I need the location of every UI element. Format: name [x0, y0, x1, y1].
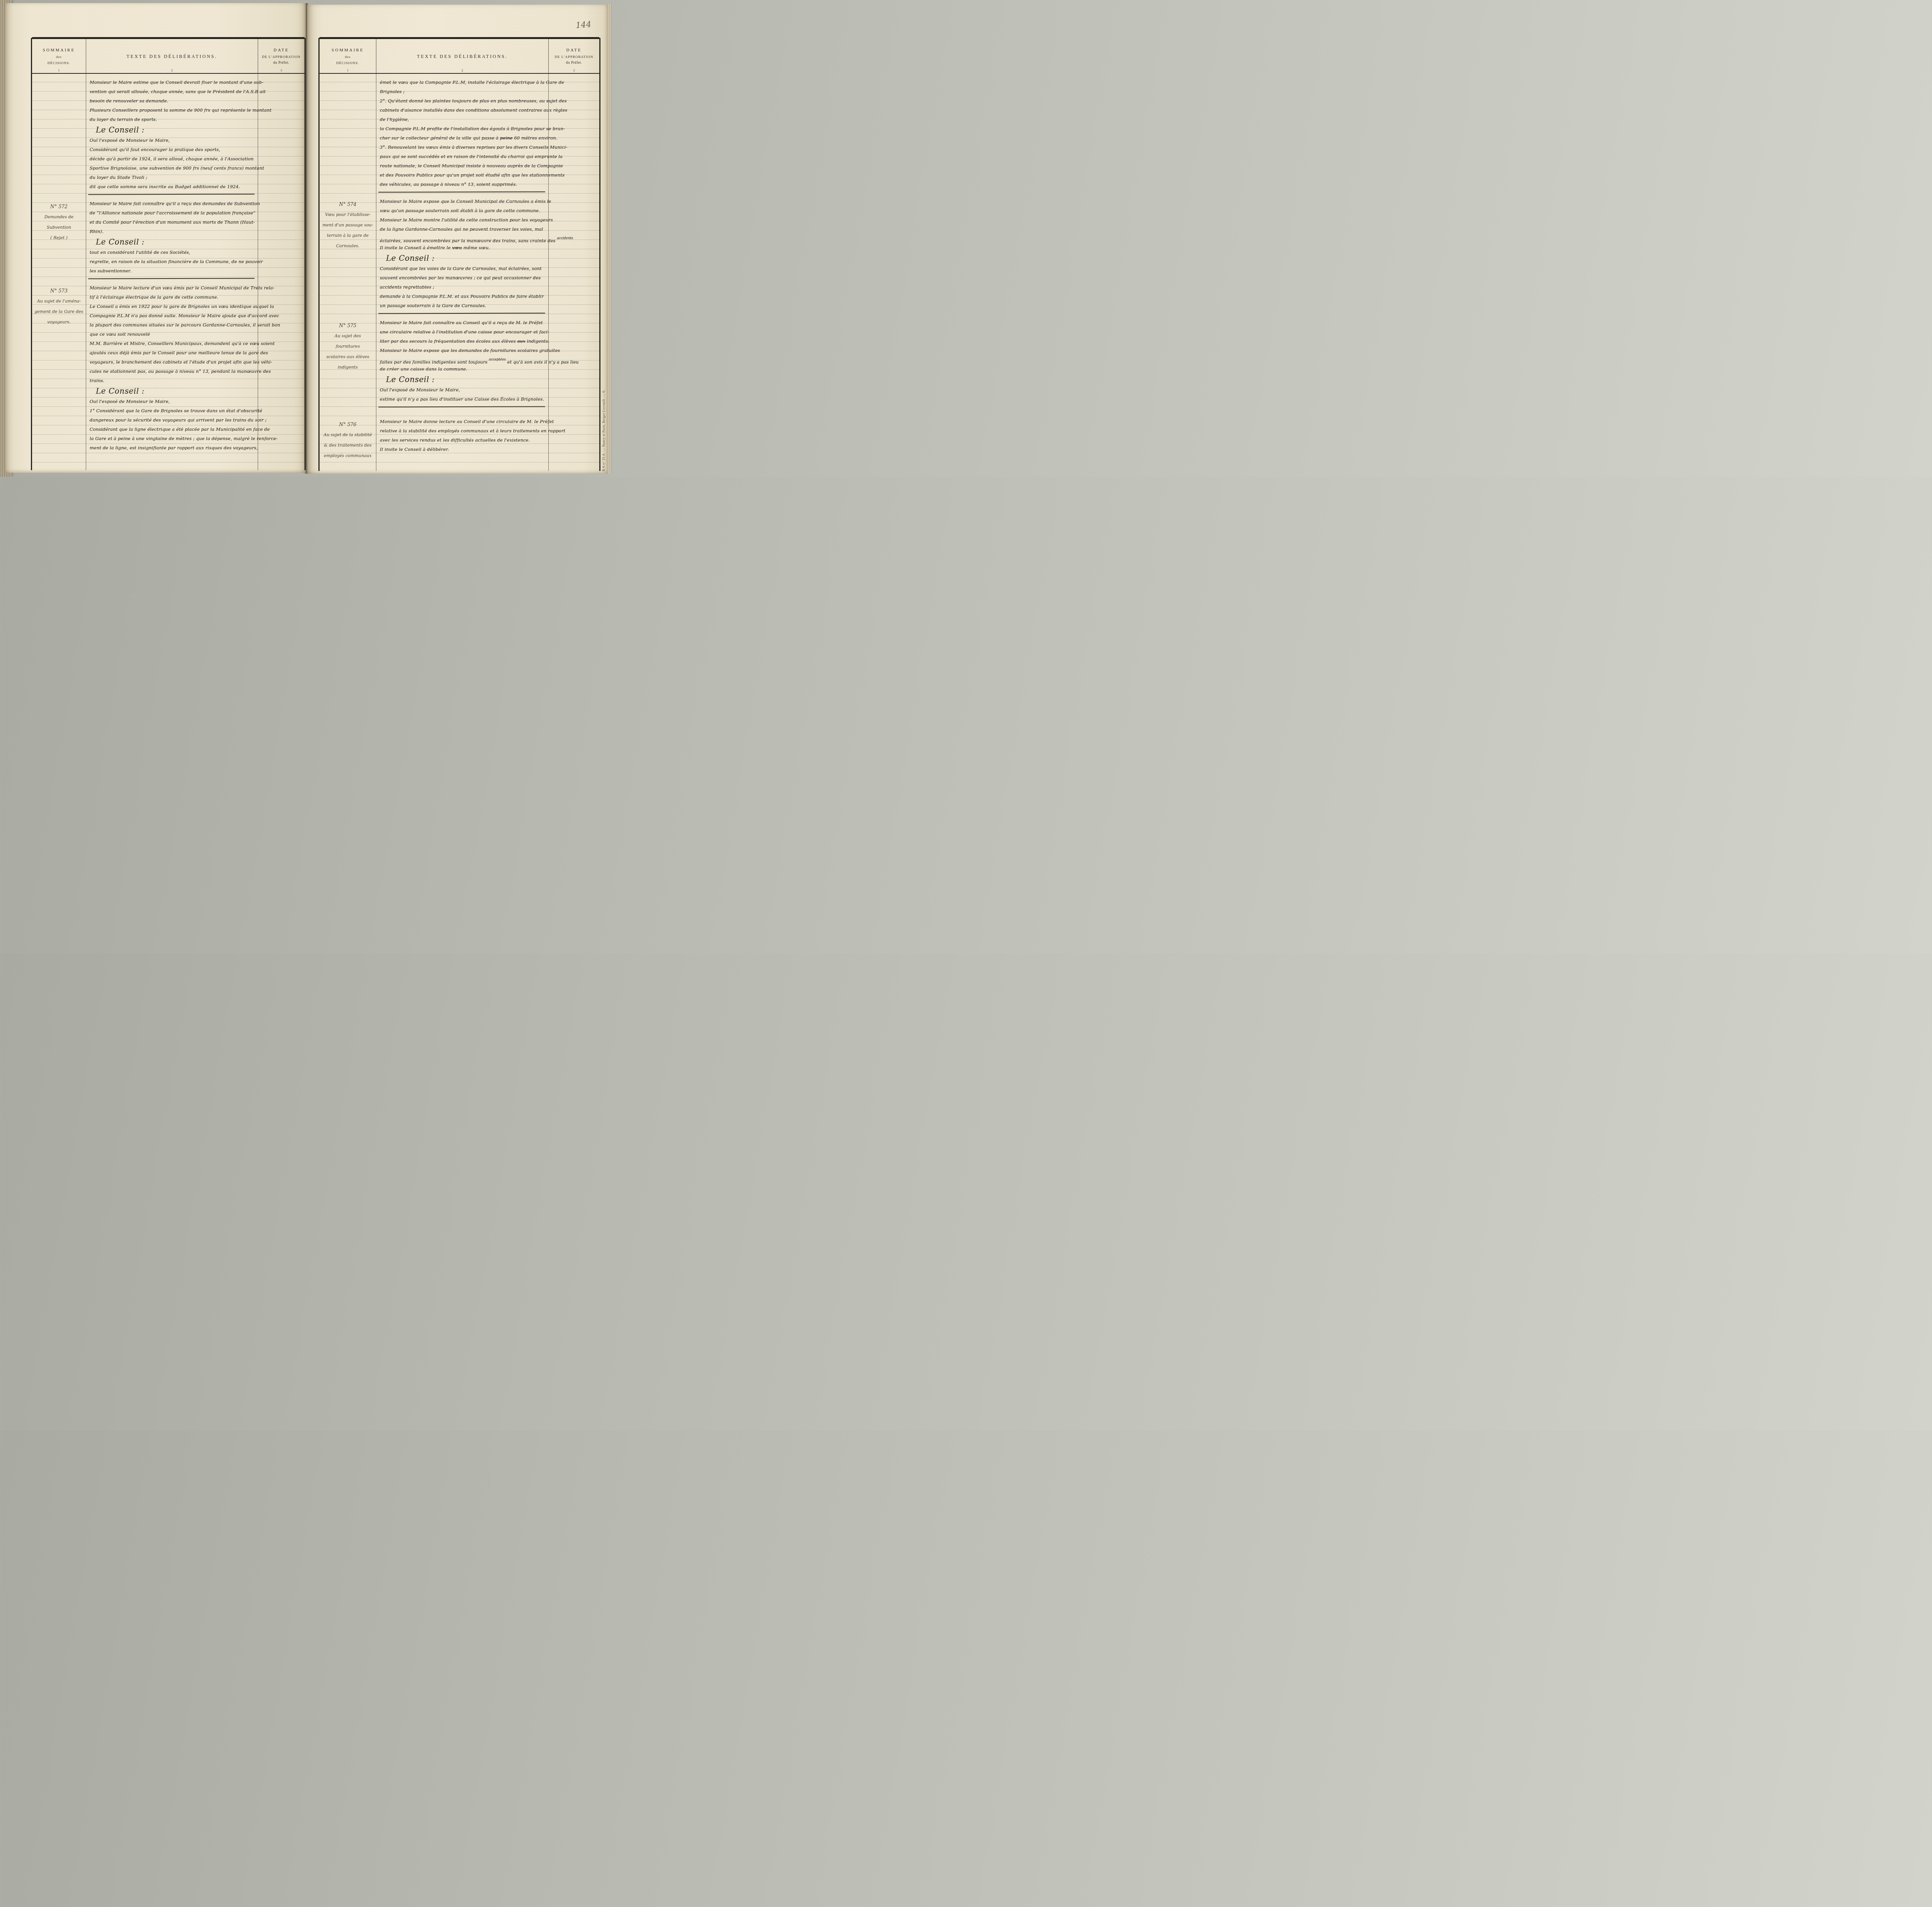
handwritten-line: Monsieur le Maire estime que le Conseil …: [90, 78, 258, 87]
handwritten-line: de “l'Alliance nationale pour l'accroiss…: [90, 208, 258, 218]
handwritten-line: Monsieur le Maire montre l'utilité de ce…: [380, 215, 548, 224]
entry-deliberation-text: émet le vœu que la Compagnie P.L.M, inst…: [376, 78, 548, 189]
right-table-body: émet le vœu que la Compagnie P.L.M, inst…: [320, 73, 599, 471]
handwritten-line: dangereux pour la sécurité des voyageurs…: [90, 415, 258, 425]
header-date-cell: DATE DE L’APPROBATION du Préfet. 3: [548, 39, 599, 73]
header-texte: TEXTE DES DÉLIBÉRATIONS.: [127, 54, 218, 59]
handwritten-line: les subventionner.: [90, 266, 258, 275]
handwritten-line: souvent encombrées par les manœuvres ; c…: [380, 273, 548, 282]
header-approbation: DE L’APPROBATION: [262, 55, 301, 59]
margin-line: terrain à la gare de: [322, 230, 374, 241]
handwritten-line: Le Conseil a émis en 1922 pour la gare d…: [90, 302, 258, 311]
margin-line: Subvention: [34, 222, 83, 233]
header-texte-cell: TEXTE DES DÉLIBÉRATIONS. 2: [376, 39, 548, 73]
ink-rule: [378, 313, 545, 314]
entry-deliberation-text: Monsieur le Maire lecture d'un vœu émis …: [86, 283, 258, 452]
le-conseil-heading: Le Conseil :: [90, 236, 258, 248]
handwritten-line: cabinets d'aisance installés dans des co…: [380, 105, 548, 115]
margin-line: indigents: [322, 362, 374, 372]
ledger-entry: N° 574Vœu pour l'établisse-ment d'un pas…: [320, 197, 599, 310]
header-sommaire-cell: SOMMAIRE des DÉCISIONS. 1: [32, 39, 86, 73]
header-date-cell: DATE DE L’APPROBATION du Préfet. 3: [258, 39, 304, 73]
handwritten-line: éclairées, souvent encombrées par la man…: [380, 234, 548, 243]
margin-line: Carnoules.: [322, 241, 374, 251]
right-table-header: SOMMAIRE des DÉCISIONS. 1 TEXTE DES DÉLI…: [320, 39, 599, 74]
handwritten-line: Monsieur le Maire expose que les demande…: [380, 346, 548, 355]
handwritten-line: Il invite le Conseil à émettre le vœu mê…: [380, 243, 548, 252]
entry-number: N° 572: [34, 201, 83, 212]
handwritten-line: vœu qu'un passage souterrain soit établi…: [380, 206, 548, 215]
le-conseil-heading: Le Conseil :: [90, 385, 258, 397]
text-fragment: éclairées, souvent encombrées par la man…: [380, 238, 557, 243]
text-fragment: indigents.: [526, 338, 550, 344]
handwritten-line: ajoutés ceux déjà émis par le Conseil po…: [90, 348, 258, 357]
handwritten-line: du loyer du terrain de sports.: [90, 115, 258, 124]
handwritten-line: et du Comité pour l'érection d'un monume…: [90, 218, 258, 227]
handwritten-line: ment de la ligne, est insignifiante par …: [90, 443, 258, 452]
header-decisions: DÉCISIONS.: [48, 61, 70, 65]
entry-separator: [32, 275, 304, 282]
handwritten-line: Monsieur le Maire expose que le Conseil …: [380, 197, 548, 206]
handwritten-line: tif à l'éclairage électrique de la gare …: [90, 292, 258, 302]
margin-line: Au sujet de la stabilité: [322, 430, 374, 440]
entry-margin-note: [32, 78, 86, 191]
handwritten-line: un passage souterrain à la Gare de Carno…: [380, 301, 548, 310]
struck-word: vœu: [452, 245, 462, 250]
margin-line: voyageurs.: [34, 317, 83, 327]
handwritten-line: Monsieur le Maire lecture d'un vœu émis …: [90, 283, 258, 292]
handwritten-line: voyageurs, le branchement des cabinets e…: [90, 357, 258, 367]
handwritten-line: Ouï l'exposé de Monsieur le Maire,: [90, 136, 258, 145]
header-date: DATE: [566, 48, 582, 53]
left-table-header: SOMMAIRE des DÉCISIONS. 1 TEXTE DES DÉLI…: [32, 39, 304, 74]
handwritten-line: Monsieur le Maire fait connaître au Cons…: [380, 318, 548, 327]
header-prefet: du Préfet.: [566, 61, 582, 65]
header-col-number: 2: [86, 69, 258, 72]
handwritten-line: demande à la Compagnie P.L.M. et aux Pou…: [380, 292, 548, 301]
approbation-date-cell: [258, 199, 304, 275]
handwritten-line: Considérant qu'il faut encourager la pra…: [90, 145, 258, 154]
approbation-date-cell: [548, 417, 599, 461]
handwritten-line: décide qu'à partir de 1924, il sera allo…: [90, 154, 258, 163]
handwritten-line: du loyer du Stade Tivoli ;: [90, 173, 258, 182]
margin-line: scolaires aux élèves: [322, 352, 374, 362]
le-conseil-heading: Le Conseil :: [380, 252, 548, 264]
left-ledger-table: SOMMAIRE des DÉCISIONS. 1 TEXTE DES DÉLI…: [31, 38, 306, 470]
handwritten-line: émet le vœu que la Compagnie P.L.M, inst…: [380, 78, 548, 87]
entry-number: N° 573: [34, 286, 83, 296]
handwritten-line: et des Pouvoirs Publics pour qu'un proje…: [380, 170, 548, 180]
handwritten-line: accidents regrettables ;: [380, 282, 548, 292]
handwritten-line: avec les services rendus et les difficul…: [380, 435, 548, 445]
ledger-entry: Monsieur le Maire estime que le Conseil …: [32, 78, 304, 191]
handwritten-line: 2°. Qu'étant donné les plaintes toujours…: [380, 96, 548, 105]
header-date: DATE: [274, 48, 289, 53]
ledger-entry: N° 573Au sujet de l'aména-gement de la G…: [32, 283, 304, 452]
header-col-number: 2: [376, 69, 548, 72]
header-prefet: du Préfet.: [273, 61, 289, 65]
right-page: 144 SOMMAIRE des DÉCISIONS. 1 TEXTE DES …: [307, 5, 607, 474]
handwritten-line: dit que cette somme sera inscrite au Bud…: [90, 182, 258, 191]
ledger-entry: N° 572Demandes deSubvention( Rejet )Mons…: [32, 199, 304, 275]
right-ledger-table: SOMMAIRE des DÉCISIONS. 1 TEXTE DES DÉLI…: [318, 38, 600, 471]
approbation-date-cell: [548, 318, 599, 404]
handwritten-line: la plupart des communes situées sur le p…: [90, 320, 258, 330]
approbation-date-cell: [258, 283, 304, 452]
header-sommaire: SOMMAIRE: [43, 48, 75, 53]
le-conseil-heading: Le Conseil :: [380, 374, 548, 385]
handwritten-line: Ouï l'exposé de Monsieur le Maire,: [90, 397, 258, 406]
handwritten-line: de la ligne Gardanne-Carnoules qui ne pe…: [380, 224, 548, 234]
handwritten-line: relative à la stabilité des employés com…: [380, 426, 548, 435]
handwritten-line: Plusieurs Conseillers proposent la somme…: [90, 105, 258, 115]
header-des: des: [345, 55, 351, 59]
entry-separator: [32, 191, 304, 197]
entry-number: N° 575: [322, 320, 374, 331]
margin-line: Au sujet des fournitures: [322, 331, 374, 352]
handwritten-line: des véhicules, au passage à niveau n° 13…: [380, 180, 548, 189]
margin-line: gement de la Gare des: [34, 306, 83, 317]
ink-rule: [378, 191, 545, 192]
ink-rule: [88, 278, 255, 279]
approbation-date-cell: [548, 197, 599, 310]
text-fragment: Il invite le Conseil à émettre le: [380, 245, 452, 250]
margin-line: ( Rejet ): [34, 233, 83, 243]
handwritten-line: paux qui se sont succédés et en raison d…: [380, 152, 548, 161]
handwritten-line: Rhin).: [90, 227, 258, 236]
entry-number: N° 574: [322, 199, 374, 209]
entry-margin-note: N° 574Vœu pour l'établisse-ment d'un pas…: [320, 197, 376, 310]
handwritten-line: Considérant que la ligne électrique a ét…: [90, 425, 258, 434]
entry-margin-note: N° 576Au sujet de la stabilité& des trai…: [320, 417, 376, 461]
left-table-body: Monsieur le Maire estime que le Conseil …: [32, 73, 304, 470]
margin-line: Vœu pour l'établisse-: [322, 209, 374, 220]
handwritten-line: estime qu'il n'y a pas lieu d'instituer …: [380, 394, 548, 404]
handwritten-line: 1° Considérant que la Gare de Brignoles …: [90, 406, 258, 415]
handwritten-line: regrette, en raison de la situation fina…: [90, 257, 258, 266]
header-sommaire-cell: SOMMAIRE des DÉCISIONS. 1: [320, 39, 376, 73]
handwritten-line: tout en considérant l'utilité de ces Soc…: [90, 248, 258, 257]
entry-margin-note: [320, 78, 376, 189]
ledger-entry: N° 575Au sujet des fournituresscolaires …: [320, 318, 599, 404]
header-col-number: 3: [258, 69, 304, 72]
text-fragment: faites par des familles indigentes sont …: [380, 359, 489, 365]
handwritten-line: de créer une caisse dans la commune.: [380, 364, 548, 374]
header-col-number: 1: [320, 69, 376, 72]
handwritten-line: cher sur le collecteur général de la vil…: [380, 133, 548, 143]
text-fragment: liter par des secours la fréquentation d…: [380, 338, 517, 344]
entry-margin-note: N° 573Au sujet de l'aména-gement de la G…: [32, 283, 86, 452]
header-texte: TEXTE DES DÉLIBÉRATIONS.: [417, 54, 508, 59]
printer-imprint: R-8 n° 55 A. — Nancy et Paris, Berger-Le…: [602, 317, 605, 471]
approbation-date-cell: [258, 78, 304, 191]
entry-deliberation-text: Monsieur le Maire estime que le Conseil …: [86, 78, 258, 191]
handwritten-line: Compagnie P.L.M n'a pas donné suite. Mon…: [90, 311, 258, 320]
page-number: 144: [575, 20, 592, 30]
margin-line: & des traitements des: [322, 440, 374, 450]
margin-line: Demandes de: [34, 212, 83, 222]
struck-word: aux: [517, 338, 526, 344]
handwritten-line: Ouï l'exposé de Monsieur le Maire,: [380, 385, 548, 394]
handwritten-line: Brignoles ;: [380, 87, 548, 96]
entry-separator: [320, 310, 599, 316]
superscript-correction: acceptées: [489, 358, 506, 362]
header-col-number: 3: [549, 69, 599, 72]
handwritten-line: Considérant que les voies de la Gare de …: [380, 264, 548, 273]
handwritten-line: route nationale, le Conseil Municipal in…: [380, 161, 548, 170]
handwritten-line: M.M. Barrière et Mistre, Conseillers Mun…: [90, 339, 258, 348]
handwritten-line: vention qui serait allouée, chaque année…: [90, 87, 258, 96]
header-texte-cell: TEXTE DES DÉLIBÉRATIONS. 2: [86, 39, 258, 73]
left-page: SOMMAIRE des DÉCISIONS. 1 TEXTE DES DÉLI…: [5, 3, 306, 473]
handwritten-line: trains.: [90, 376, 258, 385]
entry-separator: [320, 404, 599, 410]
header-approbation: DE L’APPROBATION: [555, 55, 594, 59]
le-conseil-heading: Le Conseil :: [90, 124, 258, 136]
handwritten-line: la Gare et à peine à une vingtaine de mè…: [90, 434, 258, 443]
ledger-entry: émet le vœu que la Compagnie P.L.M, inst…: [320, 78, 599, 189]
handwritten-line: cules ne stationnent pas, au passage à n…: [90, 367, 258, 376]
ledger-entry: N° 576Au sujet de la stabilité& des trai…: [320, 417, 599, 461]
handwritten-line: Il invite le Conseil à délibérer.: [380, 445, 548, 454]
entry-separator: [320, 189, 599, 195]
handwritten-line: Monsieur le Maire donne lecture au Conse…: [380, 417, 548, 426]
handwritten-line: liter par des secours la fréquentation d…: [380, 337, 548, 346]
handwritten-line: Monsieur le Maire fait connaître qu'il a…: [90, 199, 258, 208]
handwritten-line: une circulaire relative à l'institution …: [380, 327, 548, 337]
handwritten-line: besoin de renouveler sa demande.: [90, 96, 258, 105]
book-right-edge: [607, 4, 611, 474]
struck-word: peine: [500, 135, 513, 141]
margin-line: Au sujet de l'aména-: [34, 296, 83, 306]
ink-rule: [378, 406, 545, 407]
text-fragment: même vœu.: [462, 245, 490, 250]
margin-line: ment d'un passage sou-: [322, 220, 374, 230]
text-fragment: cher sur le collecteur général de la vil…: [380, 135, 500, 141]
handwritten-line: la Compagnie P.L.M profite de l'installa…: [380, 124, 548, 133]
margin-line: employés communaux: [322, 450, 374, 461]
handwritten-line: que ce vœu soit renouvelé: [90, 330, 258, 339]
header-sommaire: SOMMAIRE: [332, 48, 364, 53]
entry-deliberation-text: Monsieur le Maire donne lecture au Conse…: [376, 417, 548, 461]
header-col-number: 1: [32, 69, 86, 72]
entry-deliberation-text: Monsieur le Maire expose que le Conseil …: [376, 197, 548, 310]
entry-deliberation-text: Monsieur le Maire fait connaître au Cons…: [376, 318, 548, 404]
entry-deliberation-text: Monsieur le Maire fait connaître qu'il a…: [86, 199, 258, 275]
handwritten-line: faites par des familles indigentes sont …: [380, 355, 548, 364]
header-decisions: DÉCISIONS.: [336, 61, 359, 65]
handwritten-line: Sportive Brignolaise, une subvention de …: [90, 163, 258, 173]
handwritten-line: 3°. Renouvelant les vœux émis à diverses…: [380, 143, 548, 152]
handwritten-line: de l'hygiène,: [380, 115, 548, 124]
ink-rule: [88, 194, 255, 195]
entry-margin-note: N° 572Demandes deSubvention( Rejet ): [32, 199, 86, 275]
header-des: des: [56, 55, 62, 59]
entry-number: N° 576: [322, 419, 374, 430]
entry-margin-note: N° 575Au sujet des fournituresscolaires …: [320, 318, 376, 404]
approbation-date-cell: [548, 78, 599, 189]
